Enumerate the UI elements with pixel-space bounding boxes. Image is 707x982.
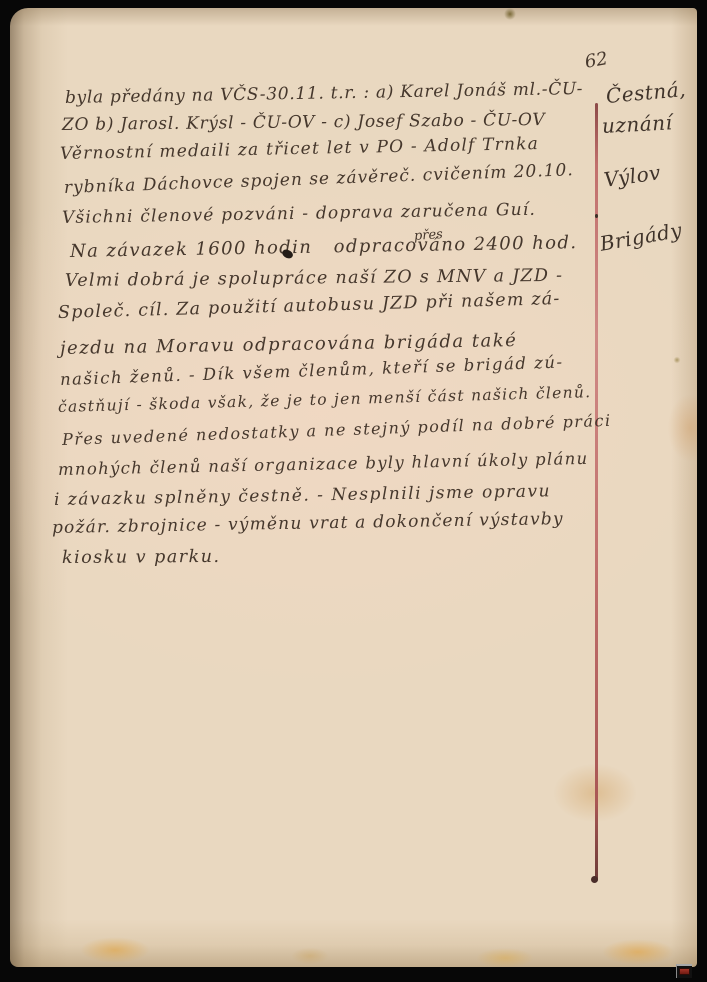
handwritten-line: našich ženů. - Dík všem členům, kteří se… xyxy=(60,352,564,389)
red-margin-line-end-dot xyxy=(591,876,598,883)
handwritten-line: Na závazek 1600 hodin odpracováno 2400 h… xyxy=(70,232,578,262)
handwritten-line: Přes uvedené nedostatky a ne stejný podí… xyxy=(62,411,612,449)
stray-ink-dot xyxy=(595,214,598,218)
handwritten-line: Společ. cíl. Za použití autobusu JZD při… xyxy=(58,289,561,323)
handwritten-line: byla předány na VČS-30.11. t.r. : a) Kar… xyxy=(65,79,583,108)
chronicle-page: 62 Čestná, uznání Výlov Brigády byla pře… xyxy=(10,8,697,967)
margin-note-cestna: Čestná, xyxy=(605,77,687,108)
handwritten-line: kiosku v parku. xyxy=(62,547,221,568)
handwritten-line: mnohých členů naší organizace byly hlavn… xyxy=(58,449,589,479)
handwritten-line: i závazku splněny čestně. - Nesplnili js… xyxy=(54,481,551,510)
handwritten-line: častňují - škoda však, že je to jen menš… xyxy=(58,383,592,416)
margin-note-uznani: uznání xyxy=(601,110,673,138)
margin-note-vylov: Výlov xyxy=(602,160,662,192)
handwritten-line: rybníka Dáchovce spojen se závěreč. cvič… xyxy=(64,160,574,198)
handwritten-line: jezdu na Moravu odpracována brigáda také xyxy=(60,330,518,359)
red-margin-line xyxy=(595,103,598,881)
handwritten-line: Všichni členové pozváni - doprava zaruče… xyxy=(62,200,536,228)
handwritten-line: Věrnostní medaili za třicet let v PO - A… xyxy=(60,134,539,164)
scanned-chronicle-photo: { "colors": { "paper": "#e9d8c0", "ink":… xyxy=(0,0,707,982)
handwritten-line: požár. zbrojnice - výměnu vrat a dokonče… xyxy=(52,509,564,538)
margin-note-brigady: Brigády xyxy=(598,218,684,256)
inserted-word-pres: přes xyxy=(413,227,443,244)
page-number: 62 xyxy=(583,48,609,73)
handwritten-line: Velmi dobrá je spolupráce naší ZO s MNV … xyxy=(65,266,564,291)
handwritten-line: ZO b) Jarosl. Krýsl - ČU-OV - c) Josef S… xyxy=(62,110,546,135)
scan-watermark-red-bar xyxy=(679,968,690,975)
scan-watermark-icon xyxy=(676,964,692,978)
